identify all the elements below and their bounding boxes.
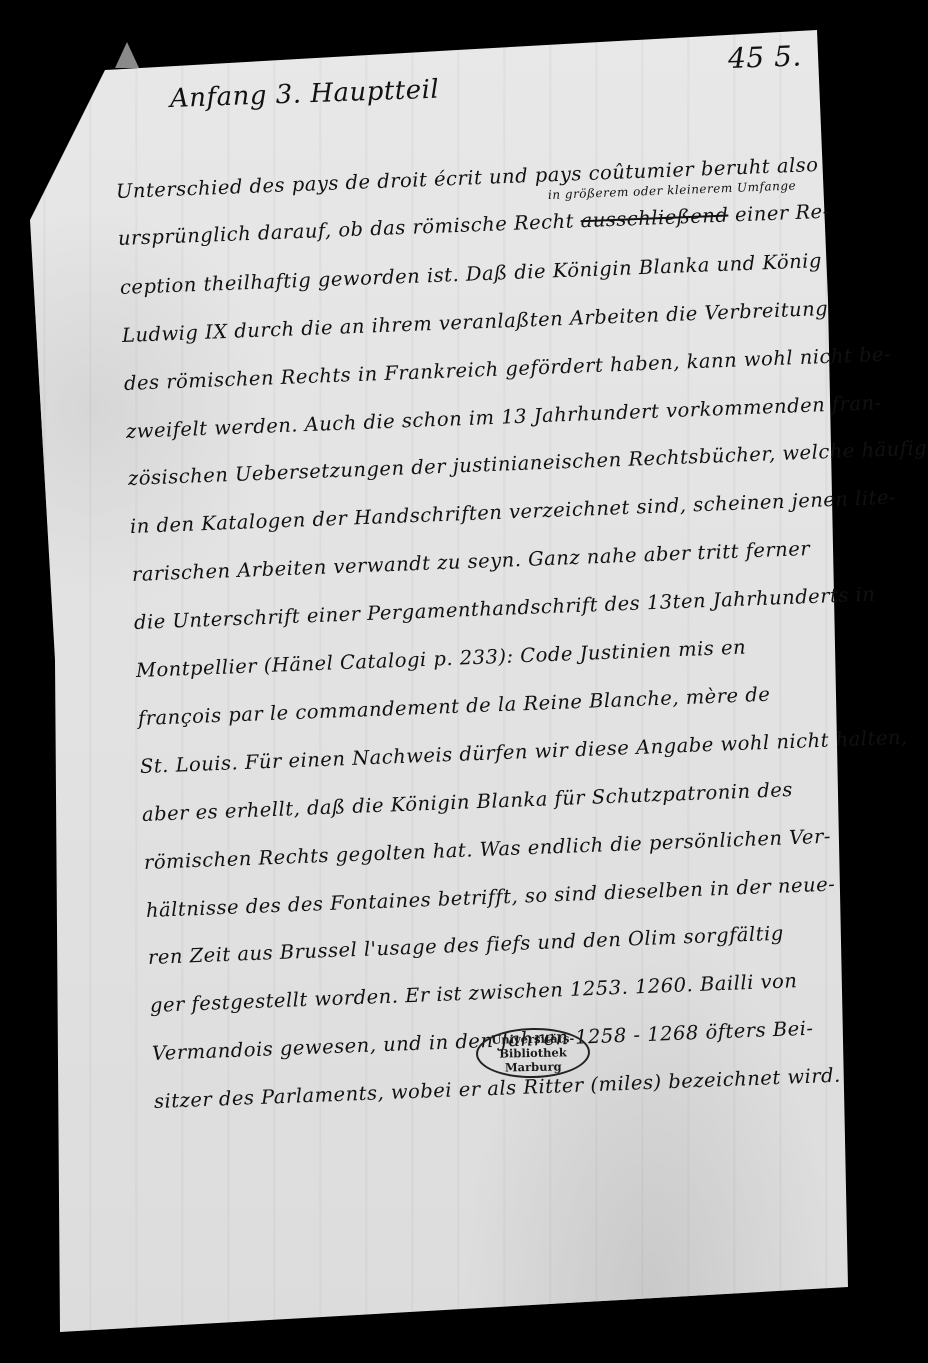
stamp-line-3: Marburg <box>478 1059 588 1075</box>
page-corner-marker <box>115 42 139 68</box>
library-stamp: Universitäts- Bibliothek Marburg <box>476 1027 591 1079</box>
stamp-line-1: Universitäts- <box>478 1031 588 1047</box>
folio-number: 45 5. <box>727 39 802 75</box>
